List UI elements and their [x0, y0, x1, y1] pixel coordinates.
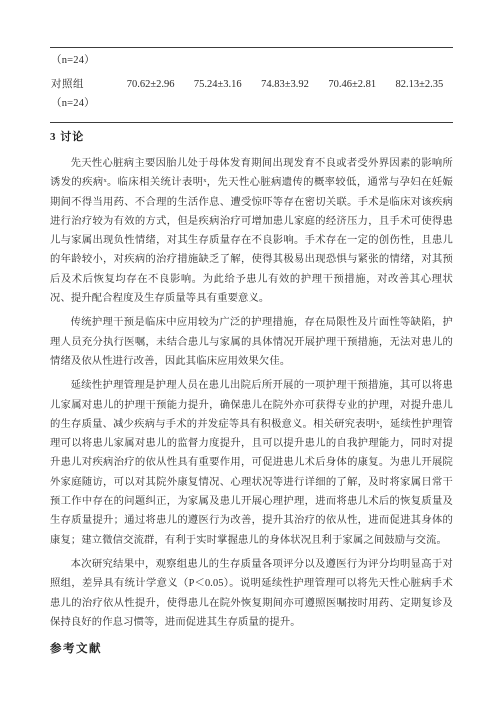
- document-page: （n=24） 对照组 70.62±2.96 75.24±3.16 74.83±3…: [0, 0, 500, 707]
- table-cell-score-1: 70.62±2.96: [117, 77, 184, 92]
- discussion-paragraph-4: 本次研究结果中，观察组患儿的生存质量各项评分以及遵医行为评分均明显高于对照组，差…: [50, 555, 453, 632]
- references-heading: 参考文献: [50, 641, 453, 657]
- control-group-n-label: （n=24）: [51, 96, 453, 111]
- table-row-label: 对照组: [50, 77, 117, 92]
- table-cell-score-4: 70.46±2.81: [319, 77, 386, 92]
- table-cell-score-2: 75.24±3.16: [184, 77, 251, 92]
- table-cell-score-3: 74.83±3.92: [251, 77, 318, 92]
- discussion-paragraph-2: 传统护理干预是临床中应用较为广泛的护理措施，存在局限性及片面性等缺陷，护理人员充…: [50, 313, 453, 371]
- discussion-paragraph-3: 延续性护理管理是护理人员在患儿出院后所开展的一项护理干预措施，其可以将患儿家属对…: [50, 376, 453, 550]
- discussion-paragraph-1: 先天性心脏病主要因胎儿处于母体发育期间出现发育不良或者受外界因素的影响所诱发的疾…: [50, 154, 453, 308]
- table-mid-rule: [50, 47, 453, 48]
- table-cell-score-5: 82.13±2.35: [386, 77, 453, 92]
- discussion-section-heading: 3 讨论: [50, 130, 453, 145]
- page-content: （n=24） 对照组 70.62±2.96 75.24±3.16 74.83±3…: [50, 47, 453, 657]
- table-row-control-group: 对照组 70.62±2.96 75.24±3.16 74.83±3.92 70.…: [50, 77, 453, 92]
- table-bottom-rule: [50, 122, 453, 123]
- observation-group-n-label: （n=24）: [51, 53, 453, 68]
